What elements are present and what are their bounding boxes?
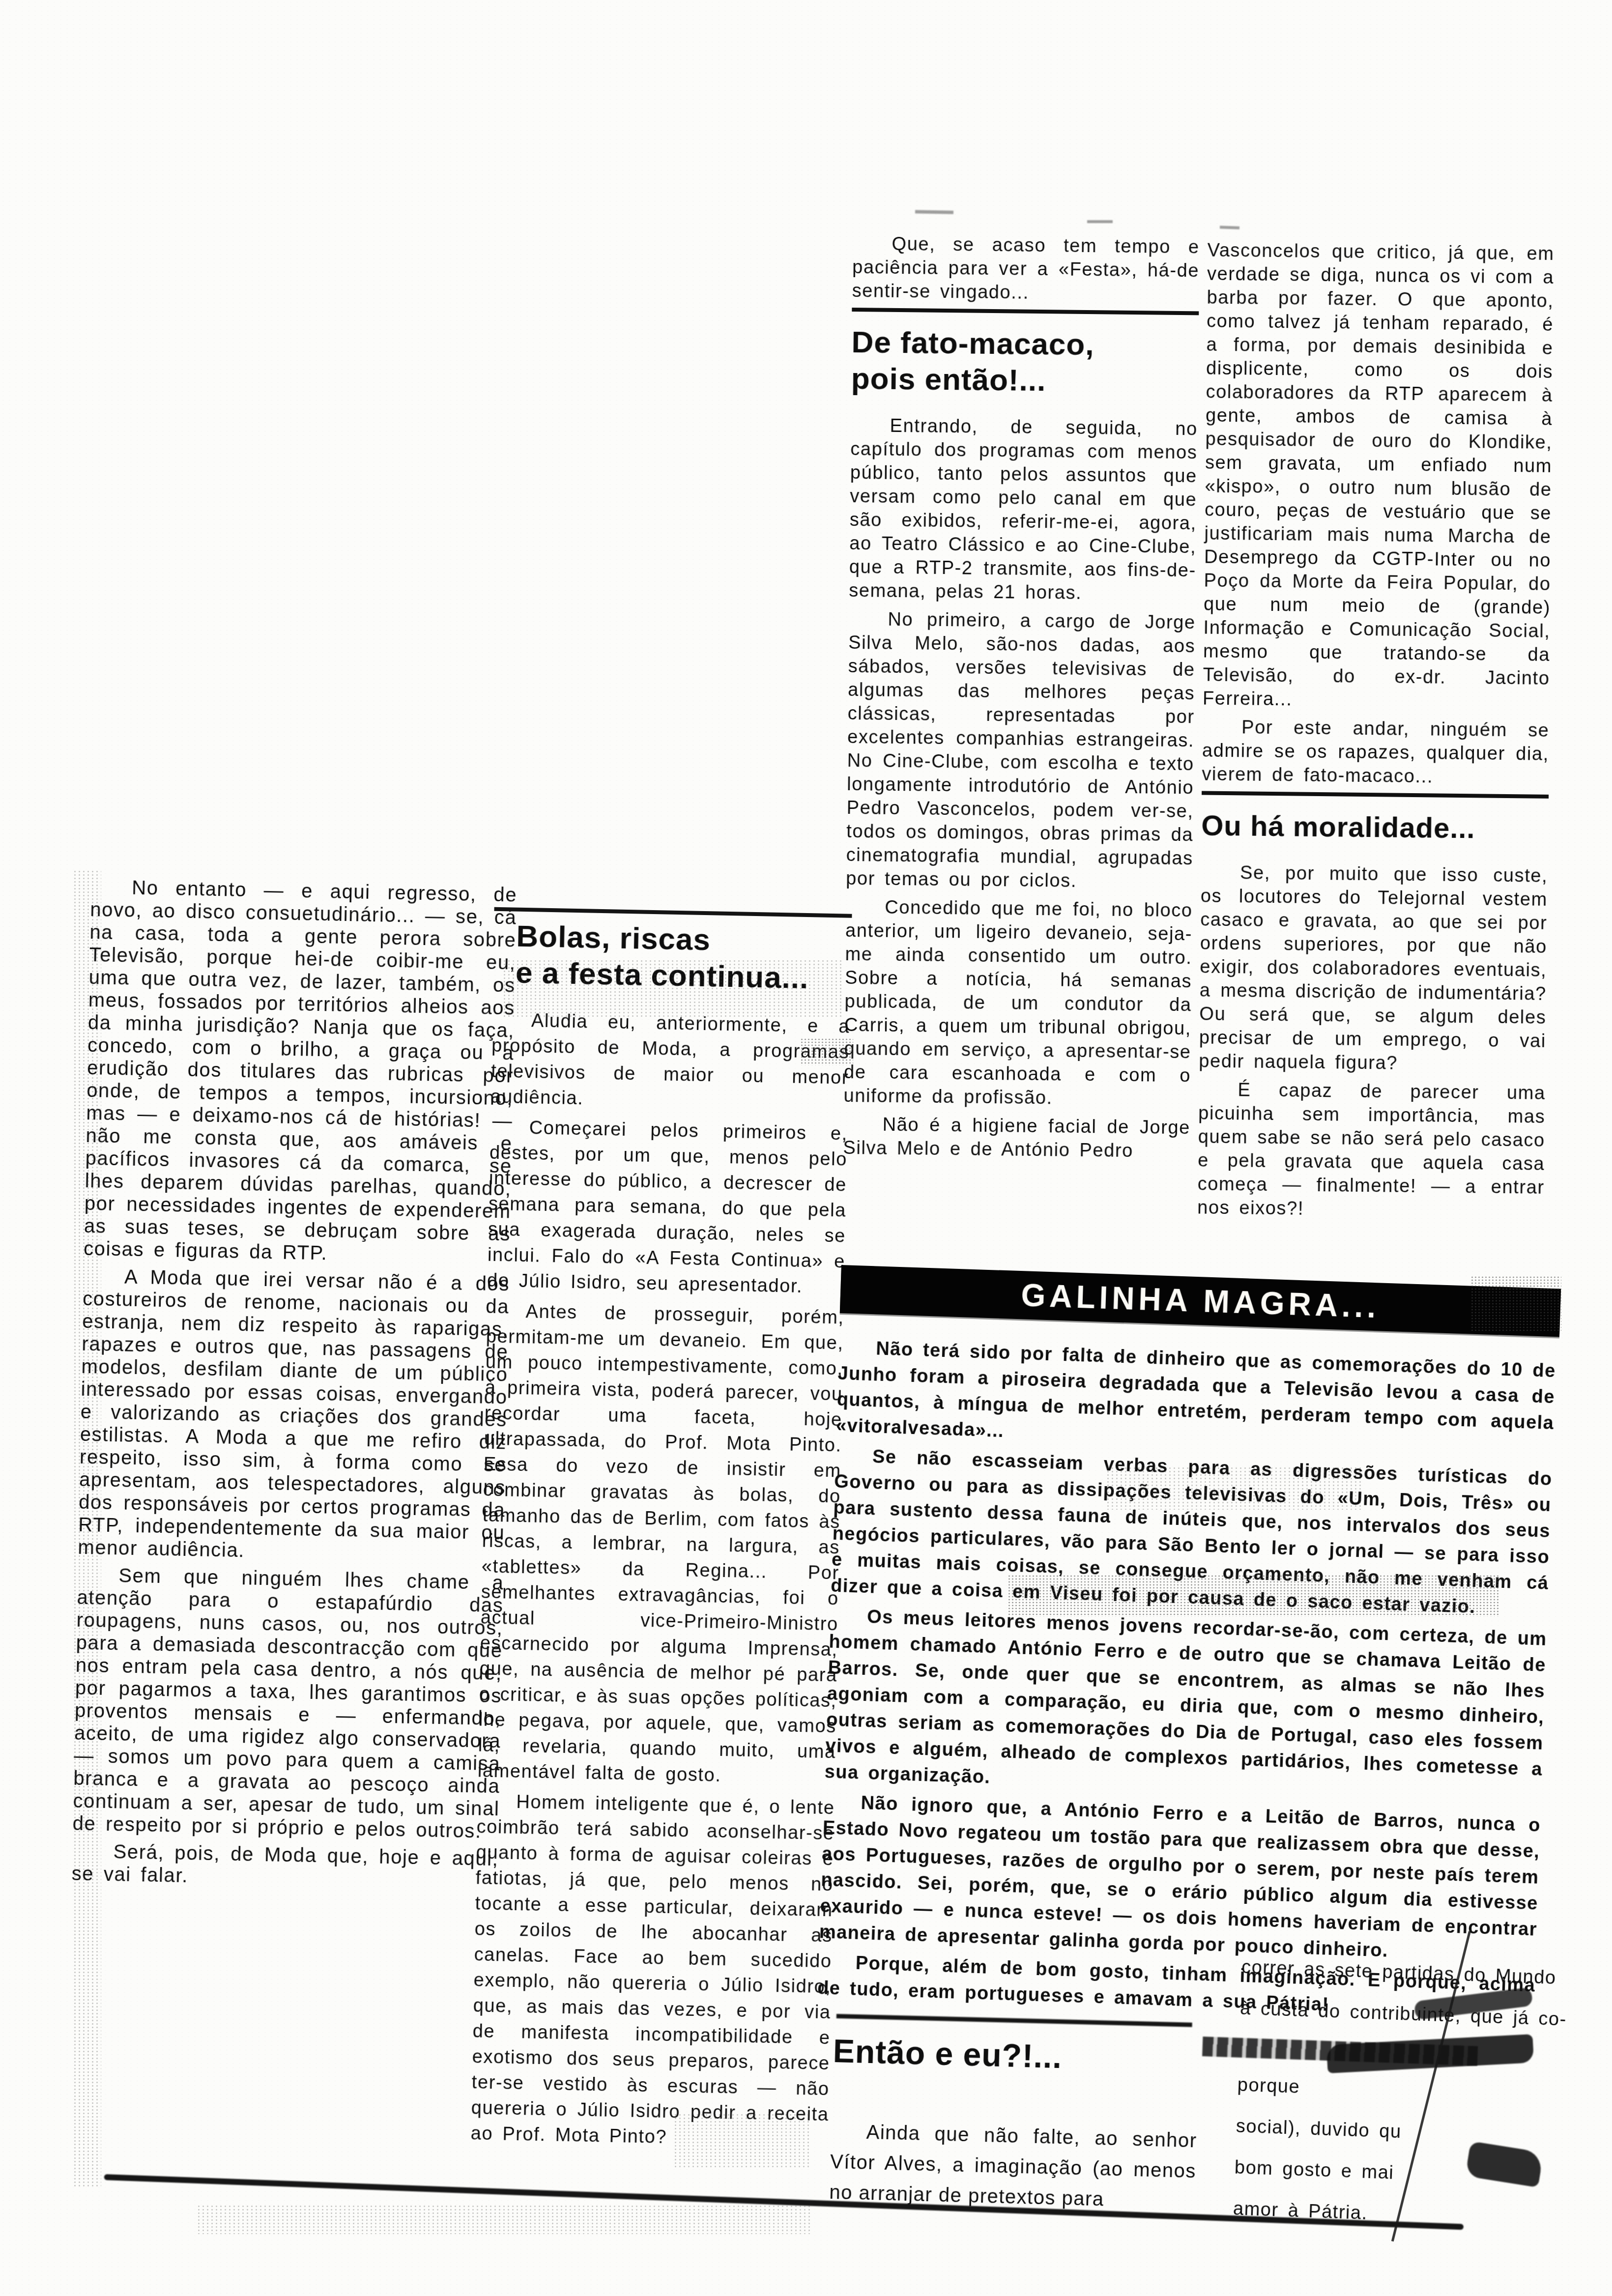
headline-entao-e-eu: Então e eu?!... bbox=[833, 2033, 1207, 2079]
entao-left-column: Ainda que não falte, ao senhor Vítor Alv… bbox=[829, 2116, 1198, 2217]
column-1: No entanto — e aqui regresso, de novo, a… bbox=[71, 876, 517, 1898]
column2-paragraph: Antes de prosseguir, porém, permitam-me … bbox=[477, 1298, 844, 1791]
section-rule bbox=[836, 2014, 1192, 2027]
headline-bolas-riscas: Bolas, riscas e a festa continua... bbox=[515, 918, 852, 998]
column2-paragraph: Começarei pelos primeiros e, destes, por… bbox=[487, 1115, 848, 1300]
galinha-magra-banner: GALINHA MAGRA... bbox=[840, 1265, 1561, 1337]
column4-paragraph: Vasconcelos que critico, já que, em verd… bbox=[1203, 239, 1554, 714]
headline-ou-ha-moralidade: Ou há moralidade... bbox=[1201, 807, 1549, 847]
column3-paragraph: No primeiro, a cargo de Jorge Silva Melo… bbox=[846, 607, 1196, 894]
scan-artifact-dash bbox=[1220, 226, 1239, 229]
column1-paragraph: No entanto — e aqui regresso, de novo, a… bbox=[84, 876, 518, 1268]
newspaper-clipping: Que, se acaso tem tempo e paciência para… bbox=[0, 0, 1612, 2296]
column3-lead: Que, se acaso tem tempo e paciência para… bbox=[852, 232, 1199, 306]
section-rule bbox=[852, 308, 1199, 315]
section-rule bbox=[1202, 791, 1549, 798]
left-article-block: No entanto — e aqui regresso, de novo, a… bbox=[91, 869, 853, 884]
column3-paragraph: Concedido que me foi, no bloco anterior,… bbox=[843, 895, 1192, 1111]
galinha-paragraph: Os meus leitores menos jovens recordar-s… bbox=[824, 1603, 1547, 1809]
galinha-magra-body: Não terá sido por falta de dinheiro que … bbox=[817, 1335, 1556, 2025]
galinha-paragraph: Não terá sido por falta de dinheiro que … bbox=[835, 1335, 1556, 1463]
column4-paragraph: É capaz de parecer uma picuinha sem impo… bbox=[1197, 1078, 1546, 1223]
column2-paragraph: Homem inteligente que é, o lente coimbrã… bbox=[470, 1788, 835, 2153]
galinha-paragraph: Se não escasseiam verbas para as digress… bbox=[830, 1443, 1553, 1623]
column-3: Que, se acaso tem tempo e paciência para… bbox=[843, 232, 1200, 1168]
section-rule bbox=[494, 907, 852, 918]
galinha-paragraph: Não ignoro que, a António Ferro e a Leit… bbox=[819, 1789, 1541, 1969]
column4-paragraph: Por este andar, ninguém se admire se os … bbox=[1202, 716, 1549, 790]
column1-paragraph: Sem que ninguém lhes chame a atenção par… bbox=[72, 1564, 504, 1843]
entao-e-eu-section: Então e eu?!... Ainda que não falte, ao … bbox=[829, 2033, 1207, 2217]
upper-article-block: Que, se acaso tem tempo e paciência para… bbox=[853, 232, 1560, 239]
column-4: Vasconcelos que critico, já que, em verd… bbox=[1197, 239, 1554, 1228]
entao-right-column: correr as sete partidas do Mundo à custa… bbox=[1193, 1945, 1518, 2239]
banner-title: GALINHA MAGRA... bbox=[1020, 1277, 1380, 1325]
column1-paragraph: Será, pois, de Moda que, hoje e aqui, se… bbox=[71, 1840, 499, 1894]
galinha-magra-section: GALINHA MAGRA... Não terá sido por falta… bbox=[817, 1265, 1561, 2029]
scan-noise bbox=[197, 2205, 811, 2234]
column1-paragraph: A Moda que irei versar não é a dos costu… bbox=[78, 1265, 510, 1567]
headline-de-fato-macaco: De fato-macaco, pois então!... bbox=[851, 324, 1199, 401]
column-2: Bolas, riscas e a festa continua... Alud… bbox=[470, 907, 852, 2158]
scan-artifact-dash bbox=[1087, 220, 1113, 223]
column2-paragraph: Aludia eu, anteriormente, e a propósito … bbox=[490, 1007, 850, 1117]
column3-paragraph: Entrando, de seguida, no capítulo dos pr… bbox=[849, 414, 1198, 606]
entao-left-paragraph: Ainda que não falte, ao senhor Vítor Alv… bbox=[829, 2116, 1198, 2217]
column3-paragraph: Não é a higiene facial de Jorge Silva Me… bbox=[843, 1113, 1190, 1163]
scan-artifact-dash bbox=[915, 210, 953, 214]
column4-paragraph: Se, por muito que isso custe, os locutor… bbox=[1199, 861, 1548, 1076]
